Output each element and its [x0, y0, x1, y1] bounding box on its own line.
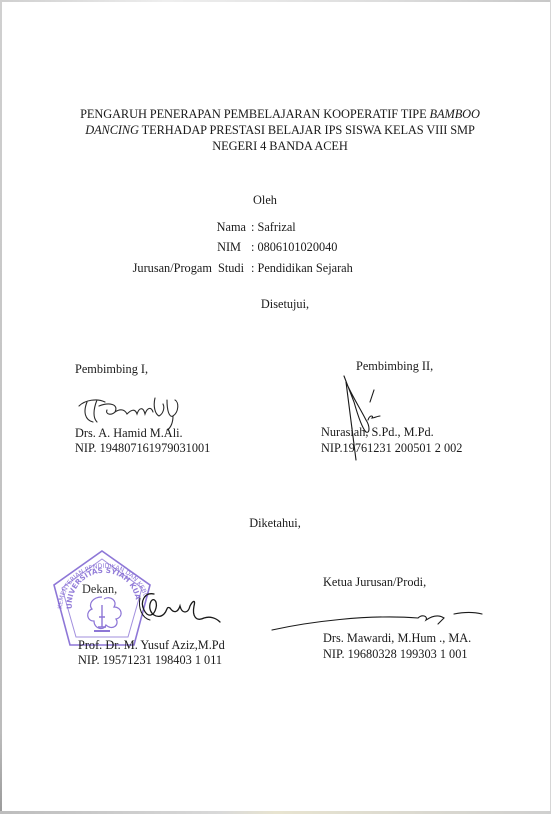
by-label: Oleh [200, 193, 330, 207]
supervisor2-role: Pembimbing II, [356, 359, 433, 373]
scan-edge-left [0, 0, 2, 814]
title-line2-italic: DANCING [85, 123, 139, 137]
dean-nip: NIP. 19571231 198403 1 011 [78, 653, 222, 667]
title-line1-italic: BAMBOO [430, 107, 480, 121]
department-head-nip: NIP. 19680328 199303 1 001 [323, 647, 468, 661]
title-line2-text: TERHADAP PRESTASI BELAJAR IPS SISWA KELA… [139, 123, 475, 137]
supervisor1-nip: NIP. 194807161979031001 [75, 441, 210, 455]
dean-role: Dekan, [82, 582, 117, 596]
title-line1-text: PENGARUH PENERAPAN PEMBELAJARAN KOOPERAT… [80, 107, 429, 121]
stamp-emblem-icon [88, 597, 121, 631]
dean-name: Prof. Dr. M. Yusuf Aziz,M.Pd [78, 638, 225, 652]
supervisor2-nip: NIP.19761231 200501 2 002 [321, 441, 462, 455]
dean-signature [130, 588, 220, 628]
approved-label: Disetujui, [220, 297, 350, 311]
field-value-name: : Safrizal [251, 220, 296, 235]
field-label-department: Jurusan/Progam Studi [133, 261, 244, 276]
supervisor2-name: Nurasiah, S.Pd., M.Pd. [321, 425, 434, 439]
acknowledged-label: Diketahui, [210, 516, 340, 530]
field-value-nim: : 0806101020040 [251, 240, 337, 255]
department-head-role: Ketua Jurusan/Prodi, [323, 575, 426, 589]
field-label-name: Nama [217, 220, 246, 235]
title-line3: NEGERI 4 BANDA ACEH [60, 138, 500, 154]
department-head-name: Drs. Mawardi, M.Hum ., MA. [323, 631, 471, 645]
document-title: PENGARUH PENERAPAN PEMBELAJARAN KOOPERAT… [60, 106, 500, 154]
scan-edge-top [0, 0, 551, 2]
field-value-department: : Pendidikan Sejarah [251, 261, 353, 276]
supervisor1-name: Drs. A. Hamid M.Ali. [75, 426, 183, 440]
document-page: PENGARUH PENERAPAN PEMBELAJARAN KOOPERAT… [0, 0, 551, 814]
field-label-nim: NIM [217, 240, 241, 255]
supervisor1-role: Pembimbing I, [75, 362, 148, 376]
